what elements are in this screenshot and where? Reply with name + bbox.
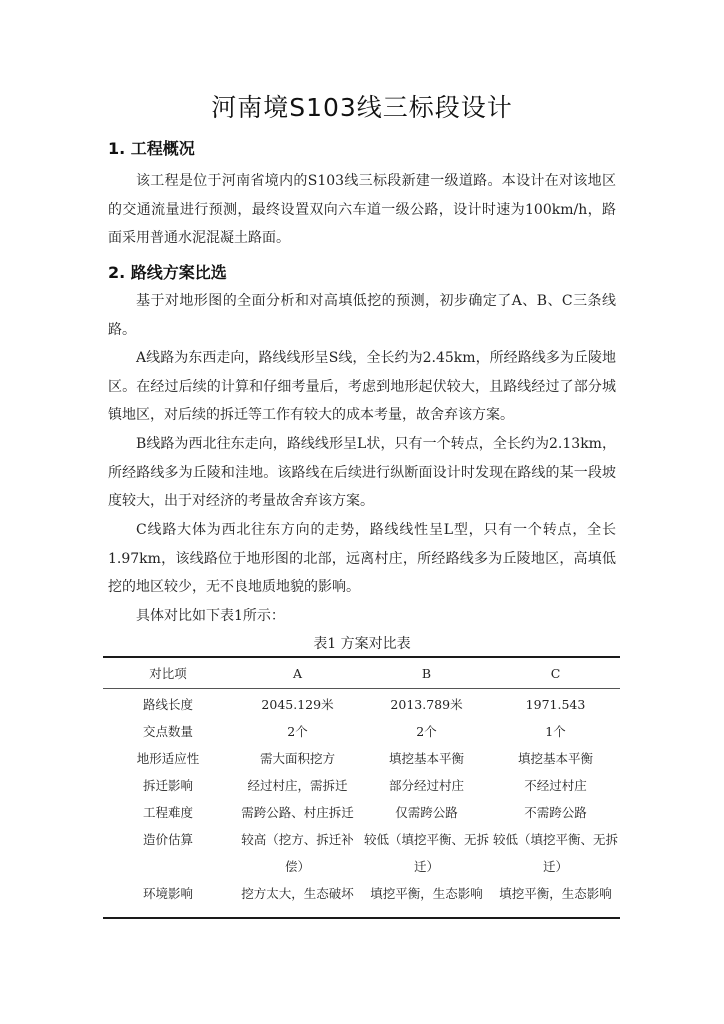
paragraph-route-a: A线路为东西走向，路线线形呈S线，全长约为2.45km，所经路线多为丘陵地区。在… xyxy=(108,344,616,430)
table-cell: 经过村庄，需拆迁 xyxy=(233,772,362,799)
comparison-table: 对比项 A B C 路线长度 2045.129米 2013.789米 1971.… xyxy=(103,657,620,907)
table-row: 环境影响 挖方太大，生态破坏 填挖平衡，生态影响 填挖平衡，生态影响 xyxy=(103,880,620,907)
table-cell: 1971.543 xyxy=(491,691,620,718)
header-cell: A xyxy=(233,657,362,691)
header-cell: C xyxy=(491,657,620,691)
table-cell: 造价估算 xyxy=(103,826,233,880)
paragraph-intro: 基于对地形图的全面分析和对高填低挖的预测，初步确定了A、B、C三条线路。 xyxy=(108,287,616,344)
table-row: 拆迁影响 经过村庄，需拆迁 部分经过村庄 不经过村庄 xyxy=(103,772,620,799)
paragraph-route-b: B线路为西北往东走向，路线线形呈L状，只有一个转点，全长约为2.13km，所经路… xyxy=(108,430,616,516)
section-heading-route-comparison: 2. 路线方案比选 xyxy=(108,260,227,283)
table-cell: 较高（挖方、拆迁补偿） xyxy=(233,826,362,880)
table-cell: 填挖基本平衡 xyxy=(362,745,491,772)
table-cell: 工程难度 xyxy=(103,799,233,826)
paragraph-overview: 该工程是位于河南省境内的S103线三标段新建一级道路。本设计在对该地区的交通流量… xyxy=(108,167,616,253)
table-cell: 填挖平衡，生态影响 xyxy=(362,880,491,907)
table-row: 路线长度 2045.129米 2013.789米 1971.543 xyxy=(103,691,620,718)
table-cell: 较低（填挖平衡、无拆迁） xyxy=(491,826,620,880)
table-header-row: 对比项 A B C xyxy=(103,657,620,691)
document-title: 河南境S103线三标段设计 xyxy=(0,88,724,124)
table-cell: 1个 xyxy=(491,718,620,745)
table-cell: 不经过村庄 xyxy=(491,772,620,799)
table-cell: 2个 xyxy=(233,718,362,745)
table-cell: 2013.789米 xyxy=(362,691,491,718)
table-cell: 2045.129米 xyxy=(233,691,362,718)
table-cell: 需大面积挖方 xyxy=(233,745,362,772)
table-cell: 交点数量 xyxy=(103,718,233,745)
table-bottom-rule xyxy=(103,917,620,919)
table-row: 造价估算 较高（挖方、拆迁补偿） 较低（填挖平衡、无拆迁） 较低（填挖平衡、无拆… xyxy=(103,826,620,880)
table-caption: 表1 方案对比表 xyxy=(0,633,724,653)
table-cell: 拆迁影响 xyxy=(103,772,233,799)
table-row: 交点数量 2个 2个 1个 xyxy=(103,718,620,745)
paragraph-table-intro: 具体对比如下表1所示： xyxy=(108,602,616,631)
table-cell: 需跨公路、村庄拆迁 xyxy=(233,799,362,826)
table-cell: 较低（填挖平衡、无拆迁） xyxy=(362,826,491,880)
header-cell: 对比项 xyxy=(103,657,233,691)
table-cell: 部分经过村庄 xyxy=(362,772,491,799)
table-row: 地形适应性 需大面积挖方 填挖基本平衡 填挖基本平衡 xyxy=(103,745,620,772)
table-cell: 挖方太大，生态破坏 xyxy=(233,880,362,907)
table-cell: 不需跨公路 xyxy=(491,799,620,826)
table-cell: 2个 xyxy=(362,718,491,745)
table-cell: 仅需跨公路 xyxy=(362,799,491,826)
table-cell: 地形适应性 xyxy=(103,745,233,772)
paragraph-route-c: C线路大体为西北往东方向的走势，路线线性呈L型，只有一个转点，全长1.97km，… xyxy=(108,516,616,602)
table-cell: 填挖平衡，生态影响 xyxy=(491,880,620,907)
header-cell: B xyxy=(362,657,491,691)
table-row: 工程难度 需跨公路、村庄拆迁 仅需跨公路 不需跨公路 xyxy=(103,799,620,826)
section-heading-overview: 1. 工程概况 xyxy=(108,136,195,159)
table-cell: 填挖基本平衡 xyxy=(491,745,620,772)
table-cell: 路线长度 xyxy=(103,691,233,718)
table-cell: 环境影响 xyxy=(103,880,233,907)
document-page: 河南境S103线三标段设计 1. 工程概况 该工程是位于河南省境内的S103线三… xyxy=(0,0,724,1024)
